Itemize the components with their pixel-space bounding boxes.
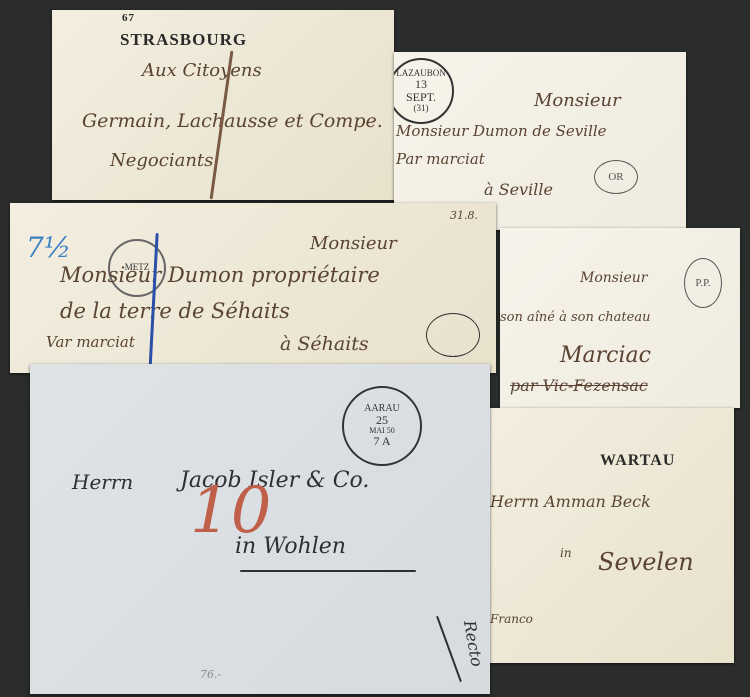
address-line: Var marciat: [46, 333, 135, 351]
red-rate: 10: [190, 474, 271, 548]
slash-mark: [436, 616, 462, 682]
cds-month: SEPT.: [406, 91, 436, 104]
address-line: Monsieur: [580, 270, 647, 286]
corner-note: 31.8.: [450, 209, 478, 222]
address-line: Marciac: [560, 343, 651, 368]
cover-strasbourg: 67 STRASBOURG Aux Citoyens Germain, Lach…: [52, 10, 394, 200]
address-line: de la terre de Séhaits: [60, 299, 290, 323]
oval-mark: P.P.: [684, 258, 722, 308]
cds-dept: (31): [414, 104, 429, 113]
address-line: Sevelen: [598, 548, 694, 576]
postmark-strasbourg: STRASBOURG: [120, 30, 247, 50]
footer-fragment: Franco: [490, 612, 533, 626]
underline: [240, 570, 416, 572]
cds-time: 7 A: [373, 435, 390, 448]
address-line: Negociants: [110, 150, 213, 171]
cover-aarau: AARAU 25 MAI 50 7 A Herrn Jacob Isler & …: [30, 364, 490, 694]
address-line: Germain, Lachausse et Compe.: [82, 110, 383, 132]
address-line: in: [560, 546, 572, 560]
pencil-note: 76.-: [200, 668, 221, 681]
address-line: Aux Citoyens: [142, 60, 262, 81]
cover-metz: 31.8. 7½ METZ Monsieur Monsieur Dumon pr…: [10, 203, 496, 373]
cds-lazaubon: LAZAUBON 13 SEPT. (31): [394, 58, 454, 124]
postmark-number: 67: [122, 12, 135, 24]
postmark-wartau: WARTAU: [600, 452, 675, 470]
blue-rate: 7½: [26, 231, 71, 264]
cover-chateau: Monsieur son aîné à son chateau Marciac …: [500, 228, 740, 408]
address-line: Monsieur Dumon de Seville: [396, 122, 607, 140]
address-line: Monsieur: [310, 233, 397, 254]
oval-mark: [426, 313, 480, 357]
address-line: Monsieur: [534, 90, 621, 111]
cover-wartau: WARTAU Herrn Amman Beck in Sevelen Franc…: [488, 408, 734, 663]
address-line: à Séhaits: [280, 333, 369, 355]
address-line: Herrn: [72, 470, 133, 494]
address-line: Par marciat: [396, 150, 485, 168]
address-line: Monsieur Dumon propriétaire: [60, 263, 380, 287]
address-line: Herrn Amman Beck: [490, 492, 651, 511]
address-line: à Seville: [484, 180, 553, 199]
corner-note: Recto: [460, 619, 487, 668]
address-line: son aîné à son chateau: [500, 310, 650, 325]
cds-aarau: AARAU 25 MAI 50 7 A: [342, 386, 422, 466]
oval-mark: OR: [594, 160, 638, 194]
address-line: par Vic-Fezensac: [510, 376, 648, 395]
